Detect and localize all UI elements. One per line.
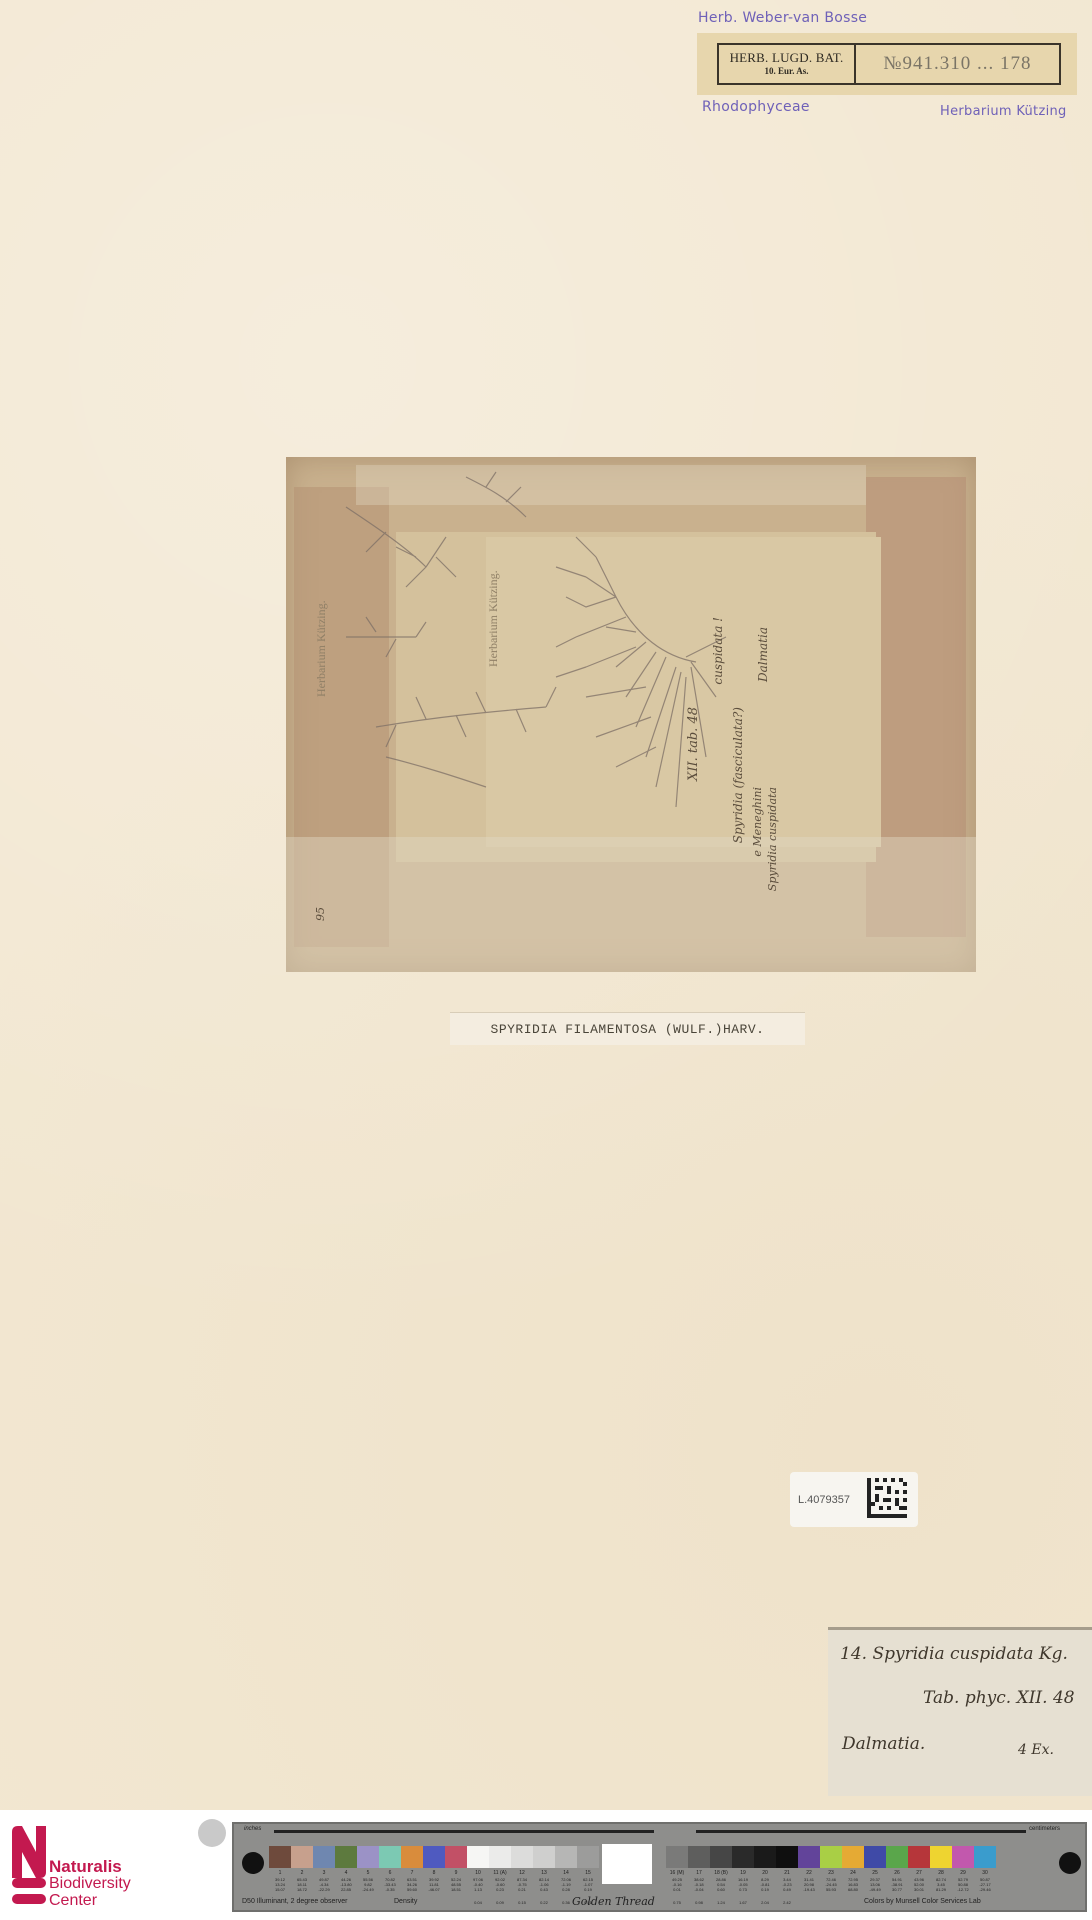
patch-number: 13 <box>533 1870 555 1876</box>
patch-lab-values: 39.9211.81-46.07 <box>423 1877 445 1892</box>
color-patch-16M <box>666 1846 688 1868</box>
patch-lab-values: 72.46-24.4555.93 <box>820 1877 842 1892</box>
patch-number: 3 <box>313 1870 335 1876</box>
patch-lab-values: 29.3713.06-49.49 <box>864 1877 886 1892</box>
handwritten-note-1: XII. tab. 48 <box>686 707 701 781</box>
patch-lab-values: 87.34-0.750.21 <box>511 1877 533 1892</box>
naturalis-n-icon <box>12 1826 46 1878</box>
handwritten-note-4: Dalmatia <box>756 627 770 682</box>
color-patch-6 <box>379 1846 401 1868</box>
color-patch-11A <box>489 1846 511 1868</box>
patch-lab-values: 72.06-1.190.28 <box>555 1877 577 1892</box>
label-line-3: Dalmatia. <box>842 1734 925 1754</box>
color-patch-15 <box>577 1846 599 1868</box>
patch-lab-values: 65.4318.1118.72 <box>291 1877 313 1892</box>
original-collection-label: 14. Spyridia cuspidata Kg. Tab. phyc. XI… <box>828 1627 1092 1796</box>
handwritten-note-5: e Meneghini <box>751 787 764 857</box>
collection-stamp: Herb. Weber-van Bosse <box>698 10 867 26</box>
patch-number: 9 <box>445 1870 467 1876</box>
patch-lab-values: 62.15-1.070.19 <box>577 1877 599 1892</box>
patch-density: 2.42 <box>776 1900 798 1905</box>
golden-thread-target <box>602 1844 652 1884</box>
packet-print-inner: Herbarium Kützing. <box>486 537 501 667</box>
herbarium-stamp: Herbarium Kützing <box>940 104 1067 119</box>
patch-density: 2.04 <box>754 1900 776 1905</box>
color-patch-22 <box>798 1846 820 1868</box>
color-patch-18B <box>710 1846 732 1868</box>
patch-lab-values: 49.25-0.160.01 <box>666 1877 688 1892</box>
patch-lab-values: 31.4120.98-19.43 <box>798 1877 820 1892</box>
patch-number: 26 <box>886 1870 908 1876</box>
specimen-packet: Herbarium Kützing. Herbarium Kützing. 95… <box>286 457 976 972</box>
packet-print-outer: Herbarium Kützing. <box>314 517 329 697</box>
color-patch-10 <box>467 1846 489 1868</box>
brand-text: Golden Thread <box>572 1895 655 1908</box>
barcode-id: L.4079357 <box>798 1494 850 1506</box>
logo-text-3: Center <box>49 1892 97 1910</box>
barcode-label: L.4079357 <box>790 1472 918 1527</box>
patch-lab-values: 55.569.82-24.49 <box>357 1877 379 1892</box>
density-label: Density <box>394 1898 417 1905</box>
patch-density: 0.04 <box>467 1900 489 1905</box>
patch-number: 5 <box>357 1870 379 1876</box>
group-stamp: Rhodophyceae <box>702 99 810 115</box>
patch-lab-values: 70.82-33.43-0.35 <box>379 1877 401 1892</box>
patch-lab-values: 3.44-0.230.49 <box>776 1877 798 1892</box>
patch-number: 28 <box>930 1870 952 1876</box>
patch-number: 29 <box>952 1870 974 1876</box>
label-line-1: 14. Spyridia cuspidata Kg. <box>840 1644 1068 1664</box>
color-patch-26 <box>886 1846 908 1868</box>
patch-number: 1 <box>269 1870 291 1876</box>
region-text: 10. Eur. As. <box>765 65 809 77</box>
naturalis-logo: Naturalis Biodiversity Center <box>12 1826 142 1906</box>
patch-lab-values: 8.29-0.810.19 <box>754 1877 776 1892</box>
patch-number: 10 <box>467 1870 489 1876</box>
handwritten-note-6: Spyridia cuspidata <box>766 787 779 891</box>
color-patch-14 <box>555 1846 577 1868</box>
patch-lab-values: 72.9516.8368.80 <box>842 1877 864 1892</box>
datamatrix-code-icon <box>867 1478 907 1518</box>
patch-number: 22 <box>798 1870 820 1876</box>
herbarium-accession-label: HERB. LUGD. BAT. 10. Eur. As. №941.310 .… <box>697 33 1077 95</box>
patch-density: 0.15 <box>511 1900 533 1905</box>
patch-lab-values: 82.14-1.060.43 <box>533 1877 555 1892</box>
patch-lab-values: 44.26-13.8022.85 <box>335 1877 357 1892</box>
patch-number: 17 <box>688 1870 710 1876</box>
patch-number: 23 <box>820 1870 842 1876</box>
patch-lab-values: 38.62-0.18-0.04 <box>688 1877 710 1892</box>
color-patch-24 <box>842 1846 864 1868</box>
color-patch-23 <box>820 1846 842 1868</box>
patch-number: 15 <box>577 1870 599 1876</box>
patch-number: 20 <box>754 1870 776 1876</box>
color-patch-20 <box>754 1846 776 1868</box>
color-patch-9 <box>445 1846 467 1868</box>
patch-number: 14 <box>555 1870 577 1876</box>
patch-number: 21 <box>776 1870 798 1876</box>
patch-lab-values: 63.5134.2659.60 <box>401 1877 423 1892</box>
color-patch-29 <box>952 1846 974 1868</box>
patch-number: 27 <box>908 1870 930 1876</box>
color-patch-19 <box>732 1846 754 1868</box>
color-patch-2 <box>291 1846 313 1868</box>
patch-lab-values: 43.9652.0030.01 <box>908 1877 930 1892</box>
patch-number: 30 <box>974 1870 996 1876</box>
patch-number: 24 <box>842 1870 864 1876</box>
patch-density: 1.24 <box>710 1900 732 1905</box>
grey-reference-dot <box>198 1819 226 1847</box>
patch-lab-values: 16.19-0.050.73 <box>732 1877 754 1892</box>
patch-density: 1.67 <box>732 1900 754 1905</box>
patch-number: 16 (M) <box>666 1870 688 1876</box>
color-patch-25 <box>864 1846 886 1868</box>
patch-lab-values: 82.743.4581.29 <box>930 1877 952 1892</box>
patch-lab-values: 54.91-38.9130.77 <box>886 1877 908 1892</box>
color-patch-7 <box>401 1846 423 1868</box>
patch-lab-values: 52.2448.5518.51 <box>445 1877 467 1892</box>
patch-number: 12 <box>511 1870 533 1876</box>
patch-lab-values: 52.7950.88-12.72 <box>952 1877 974 1892</box>
patch-number: 6 <box>379 1870 401 1876</box>
patch-lab-values: 50.87-27.17-29.46 <box>974 1877 996 1892</box>
determination-label: SPYRIDIA FILAMENTOSA (WULF.)HARV. <box>450 1012 805 1045</box>
color-patch-3 <box>313 1846 335 1868</box>
pencil-number: 95 <box>314 907 327 921</box>
patch-lab-values: 92.02-0.600.23 <box>489 1877 511 1892</box>
patch-number: 4 <box>335 1870 357 1876</box>
herbarium-sheet: Herb. Weber-van Bosse HERB. LUGD. BAT. 1… <box>0 0 1092 1810</box>
patch-number: 18 (B) <box>710 1870 732 1876</box>
institution-text: HERB. LUGD. BAT. <box>730 51 844 65</box>
color-calibration-card: inches centimeters 139.1213.2415.07265.4… <box>232 1822 1087 1912</box>
logo-text-2: Biodiversity <box>49 1875 131 1893</box>
patch-lab-values: 49.87-4.34-22.29 <box>313 1877 335 1892</box>
color-patch-27 <box>908 1846 930 1868</box>
patch-number: 19 <box>732 1870 754 1876</box>
unit-centimeters: centimeters <box>1029 1826 1060 1832</box>
patch-lab-values: 97.06-0.401.13 <box>467 1877 489 1892</box>
patch-density: 0.22 <box>533 1900 555 1905</box>
color-patch-13 <box>533 1846 555 1868</box>
label-line-4: 4 Ex. <box>1018 1742 1054 1758</box>
color-patch-28 <box>930 1846 952 1868</box>
color-patch-1 <box>269 1846 291 1868</box>
patch-number: 8 <box>423 1870 445 1876</box>
color-patch-5 <box>357 1846 379 1868</box>
color-patch-12 <box>511 1846 533 1868</box>
patch-number: 25 <box>864 1870 886 1876</box>
handwritten-note-3: Spyridia (fasciculata?) <box>731 707 745 843</box>
color-patch-4 <box>335 1846 357 1868</box>
color-patch-30 <box>974 1846 996 1868</box>
patch-lab-values: 39.1213.2415.07 <box>269 1877 291 1892</box>
patch-lab-values: 28.860.540.60 <box>710 1877 732 1892</box>
accession-number: №941.310 ... 178 <box>856 45 1059 83</box>
credit-text: Colors by Munsell Color Services Lab <box>864 1898 981 1905</box>
patch-number: 11 (A) <box>489 1870 511 1876</box>
logo-text-1: Naturalis <box>49 1857 122 1877</box>
footer-bar: Naturalis Biodiversity Center inches cen… <box>0 1810 1092 1920</box>
color-patch-8 <box>423 1846 445 1868</box>
patch-density: 0.75 <box>666 1900 688 1905</box>
patch-density: 0.98 <box>688 1900 710 1905</box>
handwritten-note-2: cuspidata ! <box>711 617 725 685</box>
color-patch-21 <box>776 1846 798 1868</box>
unit-inches: inches <box>244 1826 261 1832</box>
patch-density: 0.09 <box>489 1900 511 1905</box>
color-patch-17 <box>688 1846 710 1868</box>
label-line-2: Tab. phyc. XII. 48 <box>923 1688 1075 1708</box>
patch-number: 7 <box>401 1870 423 1876</box>
patch-number: 2 <box>291 1870 313 1876</box>
illuminant-text: D50 Illuminant, 2 degree observer <box>242 1898 347 1905</box>
